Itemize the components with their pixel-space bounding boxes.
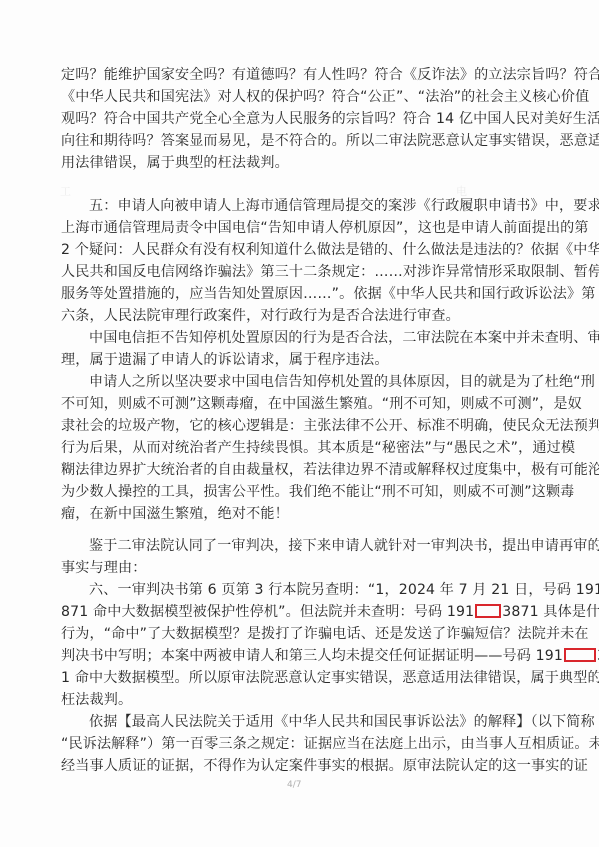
paragraph-line: 人民共和国反电信网络诈骗法》第三十二条规定：……对涉诈异常情形采取限制、暂停 — [61, 261, 559, 283]
paragraph-line: 不可知，则威不可测”这颗毒瘤，在中国滋生繁殖。“刑不可知，则威不可测”，是奴 — [61, 393, 559, 415]
paragraph-line: 糊法律边界扩大统治者的自由裁量权，若法律边界不清或解释权过度集中，极有可能沦 — [61, 459, 559, 481]
paragraph-line: 鉴于二审法院认同了一审判决，接下来申请人就针对一审判决书，提出申请再审的 — [89, 535, 559, 557]
page-number: 4/7 — [287, 780, 301, 790]
scanned-document-page: 工 电 定吗？能维护国家安全吗？有道德吗？有人性吗？符合《反诈法》的立法宗旨吗？… — [0, 0, 599, 847]
paragraph-line: 观吗？符合中国共产党全心全意为人民服务的宗旨吗？符合 14 亿中国人民对美好生活… — [61, 108, 559, 130]
line-text: 六、一审判决书第 6 页第 3 行本院另查明：“1，2024 年 7 月 21 … — [89, 582, 599, 598]
paragraph-line: 隶社会的垃圾产物，它的核心逻辑是：主张法律不公开、标准不明确，使民众无法预判 — [61, 415, 559, 437]
redaction-box — [564, 648, 596, 662]
paragraph-line: 1 命中大数据模型。所以原审法院恶意认定事实错误，恶意适用法律错误，属于典型的 — [61, 667, 559, 689]
redaction-box — [475, 604, 501, 618]
paragraph-line: 定吗？能维护国家安全吗？有道德吗？有人性吗？符合《反诈法》的立法宗旨吗？符合 — [61, 64, 559, 86]
paragraph-line: 申请人之所以坚决要求中国电信告知停机处置的具体原因，目的就是为了杜绝“刑 — [89, 371, 559, 393]
paragraph-line: 《中华人民共和国宪法》对人权的保护吗？符合“公正”、“法治”的社会主义核心价值 — [61, 86, 559, 108]
paragraph-line: 理，属于遗漏了申请人的诉讼请求，属于程序违法。 — [61, 349, 559, 371]
paragraph-line: 经当事人质证的证据，不得作为认定案件事实的根据。原审法院认定的这一事实的证 — [61, 755, 559, 777]
paragraph-line: “民诉法解释”）第一百零三条之规定：证据应当在法庭上出示，由当事人互相质证。未 — [61, 733, 559, 755]
line-text: 3871 具体是什么 — [502, 604, 599, 620]
section-six-heading-line: 六、一审判决书第 6 页第 3 行本院另查明：“1，2024 年 7 月 21 … — [89, 579, 559, 601]
paragraph-line: 向往和期待吗？答案显而易见，是不符合的。所以二审法院恶意认定事实错误，恶意适 — [61, 130, 559, 152]
paragraph-line: 瘤，在新中国滋生繁殖，绝对不能！ — [61, 503, 559, 525]
line-text: 判决书中写明；本案中两被申请人和第三人均未提交任何证据证明——号码 191 — [61, 648, 563, 664]
line-text: 871 命中大数据模型被保护性停机”。但法院并未查明：号码 191 — [61, 604, 474, 620]
paragraph-line: 行为，“命中”了大数据模型？是拨打了诈骗电话、还是发送了诈骗短信？法院并未在 — [61, 623, 559, 645]
paragraph-line: 中国电信拒不告知停机处置原因的行为是否合法，二审法院在本案中并未查明、审 — [89, 327, 559, 349]
paragraph-line: 依据【最高人民法院关于适用《中华人民共和国民事诉讼法》的解释】（以下简称 — [89, 711, 559, 733]
paragraph-line: 为少数人操控的工具，损害公平性。我们绝不能让“刑不可知，则威不可测”这颗毒 — [61, 481, 559, 503]
paragraph-line: 事实与理由： — [61, 557, 559, 579]
paragraph-line: 上海市通信管理局责令中国电信“告知申请人停机原因”，这也是申请人前面提出的第 — [61, 217, 559, 239]
paragraph-line: 用法律错误，属于典型的枉法裁判。 — [61, 152, 559, 174]
paragraph-line: 行为后果，从而对统治者产生持续畏惧。其本质是“秘密法”与“愚民之术”，通过模 — [61, 437, 559, 459]
paragraph-line: 2 个疑问：人民群众有没有权利知道什么做法是错的、什么做法是违法的？依据《中华 — [61, 239, 559, 261]
paragraph-line: 六条，人民法院审理行政案件，对行政行为是否合法进行审查。 — [61, 305, 559, 327]
paragraph-line: 判决书中写明；本案中两被申请人和第三人均未提交任何证据证明——号码 191387 — [61, 645, 559, 667]
paragraph-line: 枉法裁判。 — [61, 689, 559, 711]
paragraph-line: 871 命中大数据模型被保护性停机”。但法院并未查明：号码 1913871 具体… — [61, 601, 559, 623]
section-five-heading-line: 五：申请人向被申请人上海市通信管理局提交的案涉《行政履职申请书》中，要求 — [89, 195, 559, 217]
paragraph-line: 服务等处置措施的，应当告知处置原因……”。依据《中华人民共和国行政诉讼法》第 — [61, 283, 559, 305]
